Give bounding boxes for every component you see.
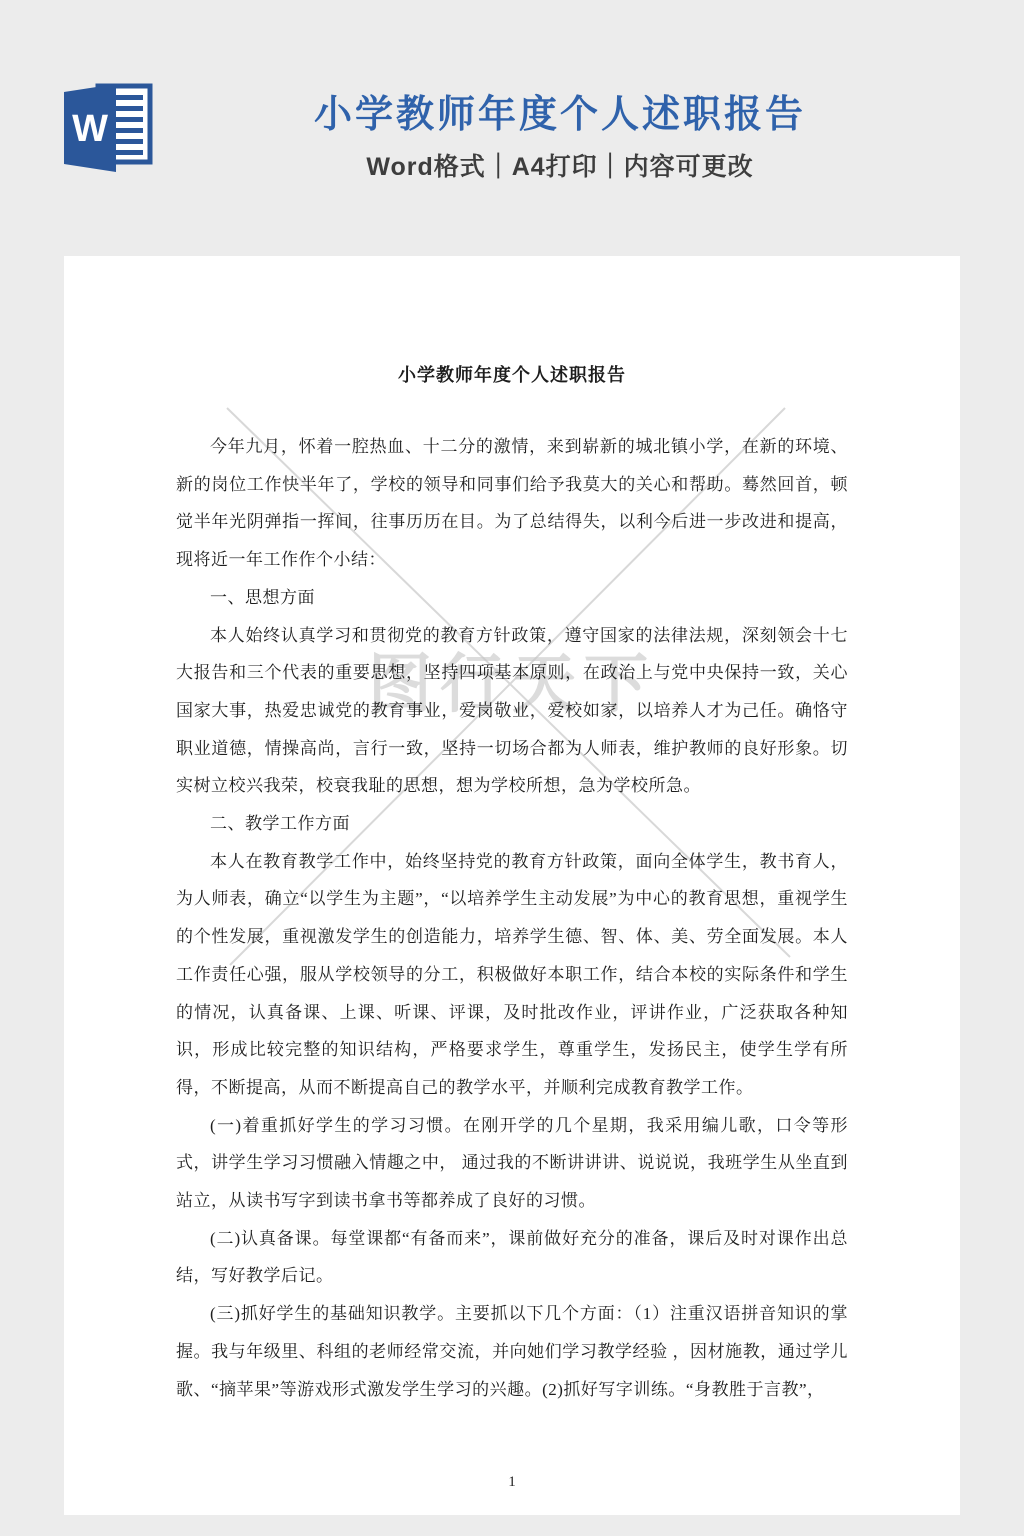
page-content: 小学教师年度个人述职报告 今年九月，怀着一腔热血、十二分的激情，来到崭新的城北镇…: [64, 256, 960, 1408]
page-number: 1: [64, 1474, 960, 1491]
paragraph: (一)着重抓好学生的学习习惯。在刚开学的几个星期，我采用编儿歌，口令等形式，讲学…: [176, 1107, 848, 1220]
paragraph: 一、思想方面: [176, 579, 848, 617]
page-root: { "header": { "title": "小学教师年度个人述职报告", "…: [0, 0, 1024, 1536]
paragraph: 本人在教育教学工作中，始终坚持党的教育方针政策，面向全体学生，教书育人，为人师表…: [176, 843, 848, 1107]
template-subtitle: Word格式｜A4打印｜内容可更改: [96, 138, 1024, 182]
paragraph: (三)抓好学生的基础知识教学。主要抓以下几个方面：（1）注重汉语拼音知识的掌握。…: [176, 1295, 848, 1408]
header-text-block: 小学教师年度个人述职报告 Word格式｜A4打印｜内容可更改: [96, 0, 1024, 182]
bottom-gray-strip: [0, 1515, 1024, 1536]
paragraph: 本人始终认真学习和贯彻党的教育方针政策，遵守国家的法律法规，深刻领会十七大报告和…: [176, 617, 848, 806]
document-title: 小学教师年度个人述职报告: [176, 256, 848, 388]
a4-page: 图行天下 小学教师年度个人述职报告 今年九月，怀着一腔热血、十二分的激情，来到崭…: [64, 256, 960, 1515]
template-header: W 小学教师年度个人述职报告 Word格式｜A4打印｜内容可更改: [0, 0, 1024, 256]
paragraph: 今年九月，怀着一腔热血、十二分的激情，来到崭新的城北镇小学，在新的环境、新的岗位…: [176, 428, 848, 579]
document-body: 今年九月，怀着一腔热血、十二分的激情，来到崭新的城北镇小学，在新的环境、新的岗位…: [176, 428, 848, 1408]
paragraph: 二、教学工作方面: [176, 805, 848, 843]
paragraph: (二)认真备课。每堂课都“有备而来”，课前做好充分的准备，课后及时对课作出总结，…: [176, 1220, 848, 1295]
template-title: 小学教师年度个人述职报告: [96, 0, 1024, 138]
